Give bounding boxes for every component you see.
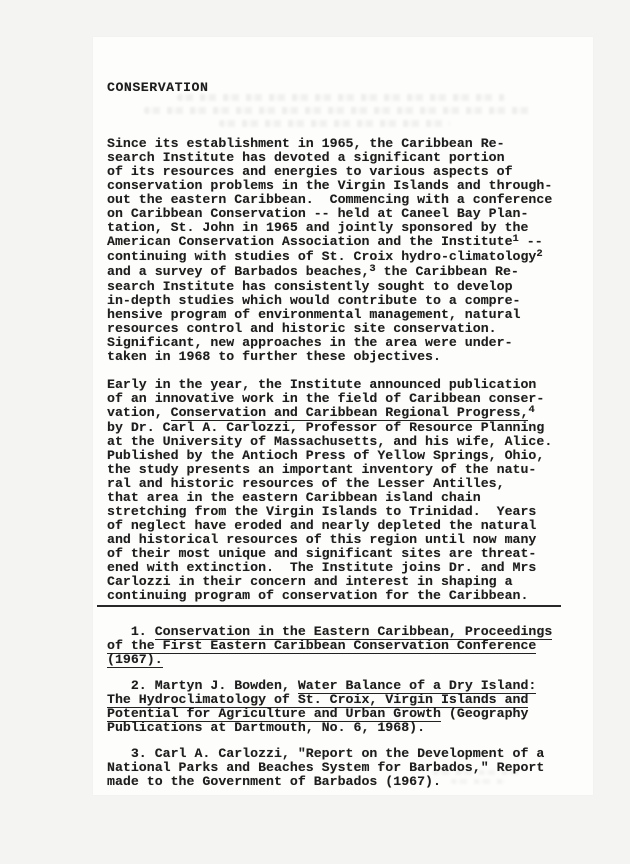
text-line: taken in 1968 to further these objective…: [107, 350, 573, 364]
text-line: ened with extinction. The Institute join…: [107, 561, 573, 575]
footnote-superscript: 1: [513, 233, 519, 245]
text-segment: Published by the Antioch Press of Yellow…: [107, 448, 544, 463]
text-segment: vation,: [107, 405, 171, 420]
text-segment: at the University of Massachusetts, and …: [107, 434, 552, 449]
text-segment: continuing with studies of St. Croix hyd…: [107, 249, 536, 264]
ghost-text-line: [177, 94, 505, 101]
text-line: 3. Carl A. Carlozzi, "Report on the Deve…: [107, 747, 573, 761]
scanned-page-background: CONSERVATION Since its establishment in …: [0, 0, 630, 864]
text-line: on Caribbean Conservation -- held at Can…: [107, 207, 573, 221]
text-line: Carlozzi in their concern and interest i…: [107, 575, 573, 589]
text-line: Published by the Antioch Press of Yellow…: [107, 449, 573, 463]
document-page: CONSERVATION Since its establishment in …: [93, 37, 593, 795]
text-line: of an innovative work in the field of Ca…: [107, 392, 573, 406]
text-line: resources control and historic site cons…: [107, 322, 573, 336]
bleed-through-ghost-text: [127, 94, 547, 133]
text-segment: Carlozzi in their concern and interest i…: [107, 574, 513, 589]
text-segment: --: [519, 234, 543, 249]
ghost-text-line: [144, 107, 530, 114]
text-line: 1. Conservation in the Eastern Caribbean…: [107, 625, 573, 639]
text-segment: out the eastern Caribbean. Commencing wi…: [107, 192, 552, 207]
text-segment: conservation problems in the Virgin Isla…: [107, 178, 552, 193]
footnote-separator-rule: [97, 605, 561, 607]
text-line: American Conservation Association and th…: [107, 235, 573, 250]
paragraph-1: Since its establishment in 1965, the Car…: [107, 137, 573, 364]
text-segment: by Dr. Carl A. Carlozzi, Professor of Re…: [107, 420, 544, 435]
text-line: Early in the year, the Institute announc…: [107, 378, 573, 392]
text-line: hensive program of environmental managem…: [107, 308, 573, 322]
text-line: ral and historic resources of the Lesser…: [107, 477, 573, 491]
text-segment: 1.: [107, 624, 155, 639]
text-line: that area in the eastern Caribbean islan…: [107, 491, 573, 505]
text-segment: that area in the eastern Caribbean islan…: [107, 490, 481, 505]
text-segment: stretching from the Virgin Islands to Tr…: [107, 504, 536, 519]
page-header-title: CONSERVATION: [107, 81, 573, 95]
text-segment: Significant, new approaches in the area …: [107, 335, 513, 350]
text-segment: ened with extinction. The Institute join…: [107, 560, 536, 575]
footnotes-section: 1. Conservation in the Eastern Caribbean…: [107, 625, 573, 789]
footnote-superscript: 2: [536, 248, 542, 260]
text-segment: Publications at Dartmouth, No. 6, 1968).: [107, 720, 425, 735]
paragraph-2: Early in the year, the Institute announc…: [107, 378, 573, 603]
text-segment: and historical resources of this region …: [107, 532, 536, 547]
text-segment: of neglect have eroded and nearly deplet…: [107, 518, 536, 533]
underlined-title: Conservation and Caribbean Regional Prog…: [171, 405, 529, 421]
ghost-text-line: [451, 779, 506, 784]
text-segment: of their most unique and significant sit…: [107, 546, 536, 561]
text-line: in-depth studies which would contribute …: [107, 294, 573, 308]
footnote-superscript: 3: [369, 263, 375, 275]
text-line: (1967).: [107, 653, 573, 667]
text-segment: Early in the year, the Institute announc…: [107, 377, 536, 392]
text-line: of neglect have eroded and nearly deplet…: [107, 519, 573, 533]
text-line: continuing with studies of St. Croix hyd…: [107, 250, 573, 265]
text-segment: (Geography: [441, 706, 528, 721]
text-segment: American Conservation Association and th…: [107, 234, 513, 249]
text-line: search Institute has consistently sought…: [107, 280, 573, 294]
text-segment: ral and historic resources of the Lesser…: [107, 476, 505, 491]
ghost-text-line: [433, 770, 525, 775]
text-segment: of its resources and energies to various…: [107, 164, 513, 179]
text-line: Potential for Agriculture and Urban Grow…: [107, 707, 573, 721]
text-segment: resources control and historic site cons…: [107, 321, 497, 336]
text-line: Publications at Dartmouth, No. 6, 1968).: [107, 721, 573, 735]
text-line: out the eastern Caribbean. Commencing wi…: [107, 193, 573, 207]
text-line: The Hydroclimatology of St. Croix, Virgi…: [107, 693, 573, 707]
text-segment: on Caribbean Conservation -- held at Can…: [107, 206, 528, 221]
text-line: conservation problems in the Virgin Isla…: [107, 179, 573, 193]
underlined-title: (1967).: [107, 652, 163, 668]
text-segment: of an innovative work in the field of Ca…: [107, 391, 544, 406]
footnote-2: 2. Martyn J. Bowden, Water Balance of a …: [107, 679, 573, 735]
text-segment: search Institute has consistently sought…: [107, 279, 513, 294]
text-segment: hensive program of environmental managem…: [107, 307, 520, 322]
text-line: of its resources and energies to various…: [107, 165, 573, 179]
text-line: and a survey of Barbados beaches,3 the C…: [107, 265, 573, 280]
text-line: of the First Eastern Caribbean Conservat…: [107, 639, 573, 653]
text-line: of their most unique and significant sit…: [107, 547, 573, 561]
text-line: search Institute has devoted a significa…: [107, 151, 573, 165]
text-segment: tation, St. John in 1965 and jointly spo…: [107, 220, 528, 235]
text-line: Since its establishment in 1965, the Car…: [107, 137, 573, 151]
text-line: at the University of Massachusetts, and …: [107, 435, 573, 449]
text-segment: made to the Government of Barbados (1967…: [107, 774, 441, 789]
footnote-superscript: 4: [528, 404, 534, 416]
bleed-through-ghost-text: [429, 770, 529, 788]
text-segment: the study presents an important inventor…: [107, 462, 536, 477]
text-line: vation, Conservation and Caribbean Regio…: [107, 406, 573, 421]
text-segment: 2. Martyn J. Bowden,: [107, 678, 298, 693]
text-segment: taken in 1968 to further these objective…: [107, 349, 441, 364]
text-line: continuing program of conservation for t…: [107, 589, 573, 603]
text-line: tation, St. John in 1965 and jointly spo…: [107, 221, 573, 235]
footnote-1: 1. Conservation in the Eastern Caribbean…: [107, 625, 573, 667]
text-segment: continuing program of conservation for t…: [107, 588, 528, 603]
text-line: 2. Martyn J. Bowden, Water Balance of a …: [107, 679, 573, 693]
text-line: by Dr. Carl A. Carlozzi, Professor of Re…: [107, 421, 573, 435]
text-segment: in-depth studies which would contribute …: [107, 293, 520, 308]
text-segment: Since its establishment in 1965, the Car…: [107, 136, 505, 151]
text-line: Significant, new approaches in the area …: [107, 336, 573, 350]
text-line: and historical resources of this region …: [107, 533, 573, 547]
text-segment: and a survey of Barbados beaches,: [107, 264, 369, 279]
text-segment: the Caribbean Re-: [376, 264, 519, 279]
text-line: the study presents an important inventor…: [107, 463, 573, 477]
text-segment: 3. Carl A. Carlozzi, "Report on the Deve…: [107, 746, 544, 761]
underlined-title: of the First Eastern Caribbean Conservat…: [107, 638, 536, 654]
body-text: Since its establishment in 1965, the Car…: [107, 137, 573, 603]
text-line: stretching from the Virgin Islands to Tr…: [107, 505, 573, 519]
text-segment: search Institute has devoted a significa…: [107, 150, 505, 165]
ghost-text-line: [219, 120, 450, 127]
